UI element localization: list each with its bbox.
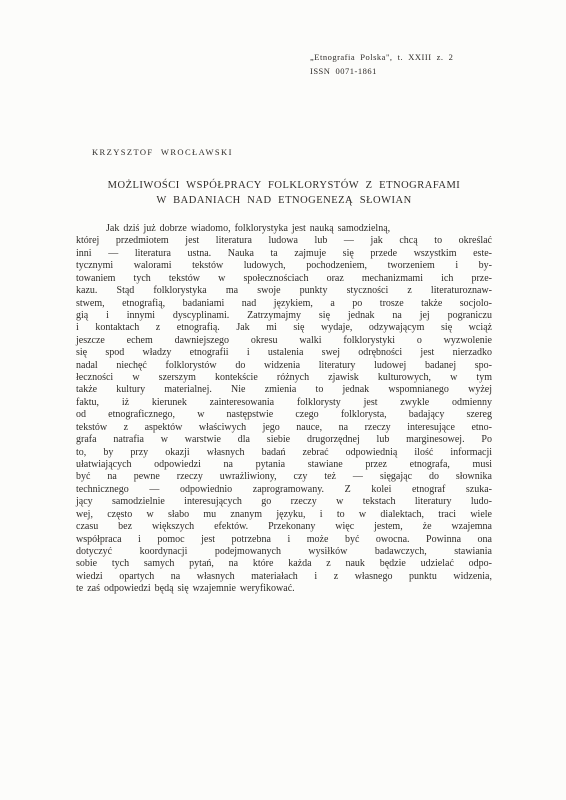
body-line: sobie tych samych pytań, na które każda …	[76, 558, 492, 570]
body-line: się spod władzy etnografii i ustalenia s…	[76, 347, 492, 359]
article-title-line2: W BADANIACH NAD ETNOGENEZĄ SŁOWIAN	[76, 194, 492, 209]
body-line: współpraca i pomoc jest potrzebna i może…	[76, 534, 492, 546]
body-line: wej, często w słabo mu znanym języku, i …	[76, 509, 492, 521]
body-line: wiedzi opartych na własnych materiałach …	[76, 571, 492, 583]
body-line: tekstów z aspektów właściwych jego nauce…	[76, 422, 492, 434]
body-line: także kultury materialnej. Nie zmienia t…	[76, 384, 492, 396]
author-name: KRZYSZTOF WROCŁAWSKI	[92, 147, 233, 157]
journal-citation: „Etnografia Polska", t. XXIII z. 2	[310, 51, 453, 65]
body-line: faktu, iż kierunek zainteresowania folkl…	[76, 397, 492, 409]
body-line: dotyczyć koordynacji podejmowanych wysił…	[76, 546, 492, 558]
body-line: tycznymi walorami tekstów ludowych, poch…	[76, 260, 492, 272]
body-line: technicznego — odpowiednio zaprogramowan…	[76, 484, 492, 496]
body-line: to, by przy okazji własnych badań zebrać…	[76, 447, 492, 459]
journal-header: „Etnografia Polska", t. XXIII z. 2 ISSN …	[310, 51, 453, 78]
document-page: „Etnografia Polska", t. XXIII z. 2 ISSN …	[0, 0, 566, 800]
body-line: czasu bez większych efektów. Przekonany …	[76, 521, 492, 533]
body-line: Jak dziś już dobrze wiadomo, folklorysty…	[76, 223, 492, 235]
body-line: towaniem tych tekstów w społecznościach …	[76, 273, 492, 285]
body-line: stwem, etnografią, badaniami nad językie…	[76, 298, 492, 310]
article-title-line1: MOŻLIWOŚCI WSPÓŁPRACY FOLKLORYSTÓW Z ETN…	[76, 179, 492, 194]
body-line: kazu. Stąd folklorystyka ma swoje punkty…	[76, 285, 492, 297]
body-line: i kontaktach z etnografią. Jak mi się wy…	[76, 322, 492, 334]
body-line: być na pewne rzeczy uwrażliwiony, czy te…	[76, 471, 492, 483]
body-line: te zaś odpowiedzi będą się wzajemnie wer…	[76, 583, 492, 595]
body-line: gią i innymi dyscyplinami. Zatrzymajmy s…	[76, 310, 492, 322]
body-line: ułatwiających odpowiedzi na pytania staw…	[76, 459, 492, 471]
body-line: od etnograficznego, w następstwie czego …	[76, 409, 492, 421]
body-line: łeczności w szerszym kontekście różnych …	[76, 372, 492, 384]
body-paragraph: Jak dziś już dobrze wiadomo, folklorysty…	[76, 223, 492, 596]
body-line: której przedmiotem jest literatura ludow…	[76, 235, 492, 247]
article-title: MOŻLIWOŚCI WSPÓŁPRACY FOLKLORYSTÓW Z ETN…	[76, 179, 492, 208]
body-line: nadal niechęć folklorystów do widzenia l…	[76, 360, 492, 372]
issn-number: ISSN 0071-1861	[310, 65, 453, 79]
body-line: grafa natrafia w warstwie dla siebie dru…	[76, 434, 492, 446]
body-line: inni — literatura ustna. Nauka ta zajmuj…	[76, 248, 492, 260]
body-line: jący samodzielnie interesujących go rzec…	[76, 496, 492, 508]
body-line: jeszcze echem dawniejszego okresu walki …	[76, 335, 492, 347]
